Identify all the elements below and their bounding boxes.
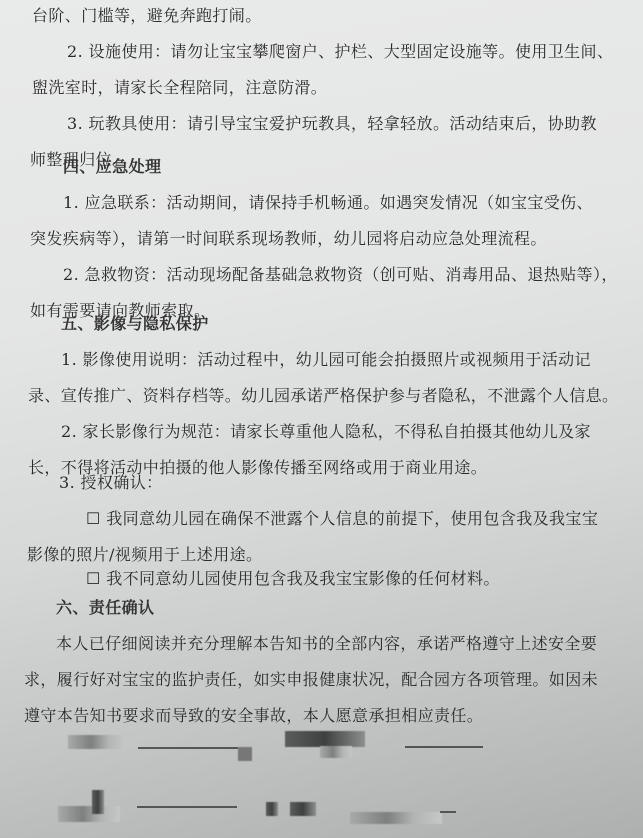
body-line: 影像的照片/视频用于上述用途。 xyxy=(27,545,262,565)
body-line: 1. 应急联系：活动期间，请保持手机畅通。如遇突发情况（如宝宝受伤、 xyxy=(63,193,593,213)
redacted-label-3b xyxy=(92,790,104,814)
redacted-label-4c xyxy=(350,812,442,824)
date-line-1 xyxy=(405,746,483,748)
body-line: ☐ 我同意幼儿园在确保不泄露个人信息的前提下，使用包含我及我宝宝 xyxy=(86,509,598,529)
body-line: 盥洗室时，请家长全程陪同，注意防滑。 xyxy=(32,78,327,98)
body-line: 台阶、门槛等，避免奔跑打闹。 xyxy=(32,6,262,26)
body-line: 录、宣传推广、资料存档等。幼儿园承诺严格保护参与者隐私，不泄露个人信息。 xyxy=(28,386,618,406)
section-heading: 六、责任确认 xyxy=(56,598,154,618)
redacted-label-2b xyxy=(320,746,352,758)
body-line: 遵守本告知书要求而导致的安全事故，本人愿意承担相应责任。 xyxy=(24,706,483,726)
redacted-label-4 xyxy=(266,802,278,816)
redacted-label-2 xyxy=(285,731,365,747)
signature-line-2 xyxy=(137,806,237,808)
body-line: 1. 影像使用说明：活动过程中，幼儿园可能会拍摄照片或视频用于活动记 xyxy=(61,350,591,370)
redacted-label-4b xyxy=(290,802,316,816)
body-line: 3. 授权确认： xyxy=(59,473,163,493)
date-line-2 xyxy=(440,811,456,813)
section-heading: 四、应急处理 xyxy=(63,157,161,177)
signature-line-1 xyxy=(138,747,238,749)
body-line: ☐ 我不同意幼儿园使用包含我及我宝宝影像的任何材料。 xyxy=(86,569,500,589)
body-line: 2. 设施使用：请勿让宝宝攀爬窗户、护栏、大型固定设施等。使用卫生间、 xyxy=(67,42,613,62)
section-heading: 五、影像与隐私保护 xyxy=(61,314,209,334)
body-line: 求，履行好对宝宝的监护责任，如实申报健康状况，配合园方各项管理。如因未 xyxy=(24,670,598,690)
body-line: 3. 玩教具使用：请引导宝宝爱护玩教具，轻拿轻放。活动结束后，协助教 xyxy=(67,114,597,134)
document-page: 台阶、门槛等，避免奔跑打闹。2. 设施使用：请勿让宝宝攀爬窗户、护栏、大型固定设… xyxy=(0,0,643,838)
body-line: 2. 家长影像行为规范：请家长尊重他人隐私，不得私自拍摄其他幼儿及家 xyxy=(61,422,591,442)
redacted-mark xyxy=(238,747,252,761)
body-line: 本人已仔细阅读并充分理解本告知书的全部内容，承诺严格遵守上述安全要 xyxy=(56,634,597,654)
redacted-label-3 xyxy=(58,806,120,822)
body-line: 突发疾病等），请第一时间联系现场教师，幼儿园将启动应急处理流程。 xyxy=(30,229,547,249)
redacted-label-1 xyxy=(68,735,126,749)
body-line: 2. 急救物资：活动现场配备基础急救物资（创可贴、消毒用品、退热贴等）， xyxy=(63,265,618,285)
